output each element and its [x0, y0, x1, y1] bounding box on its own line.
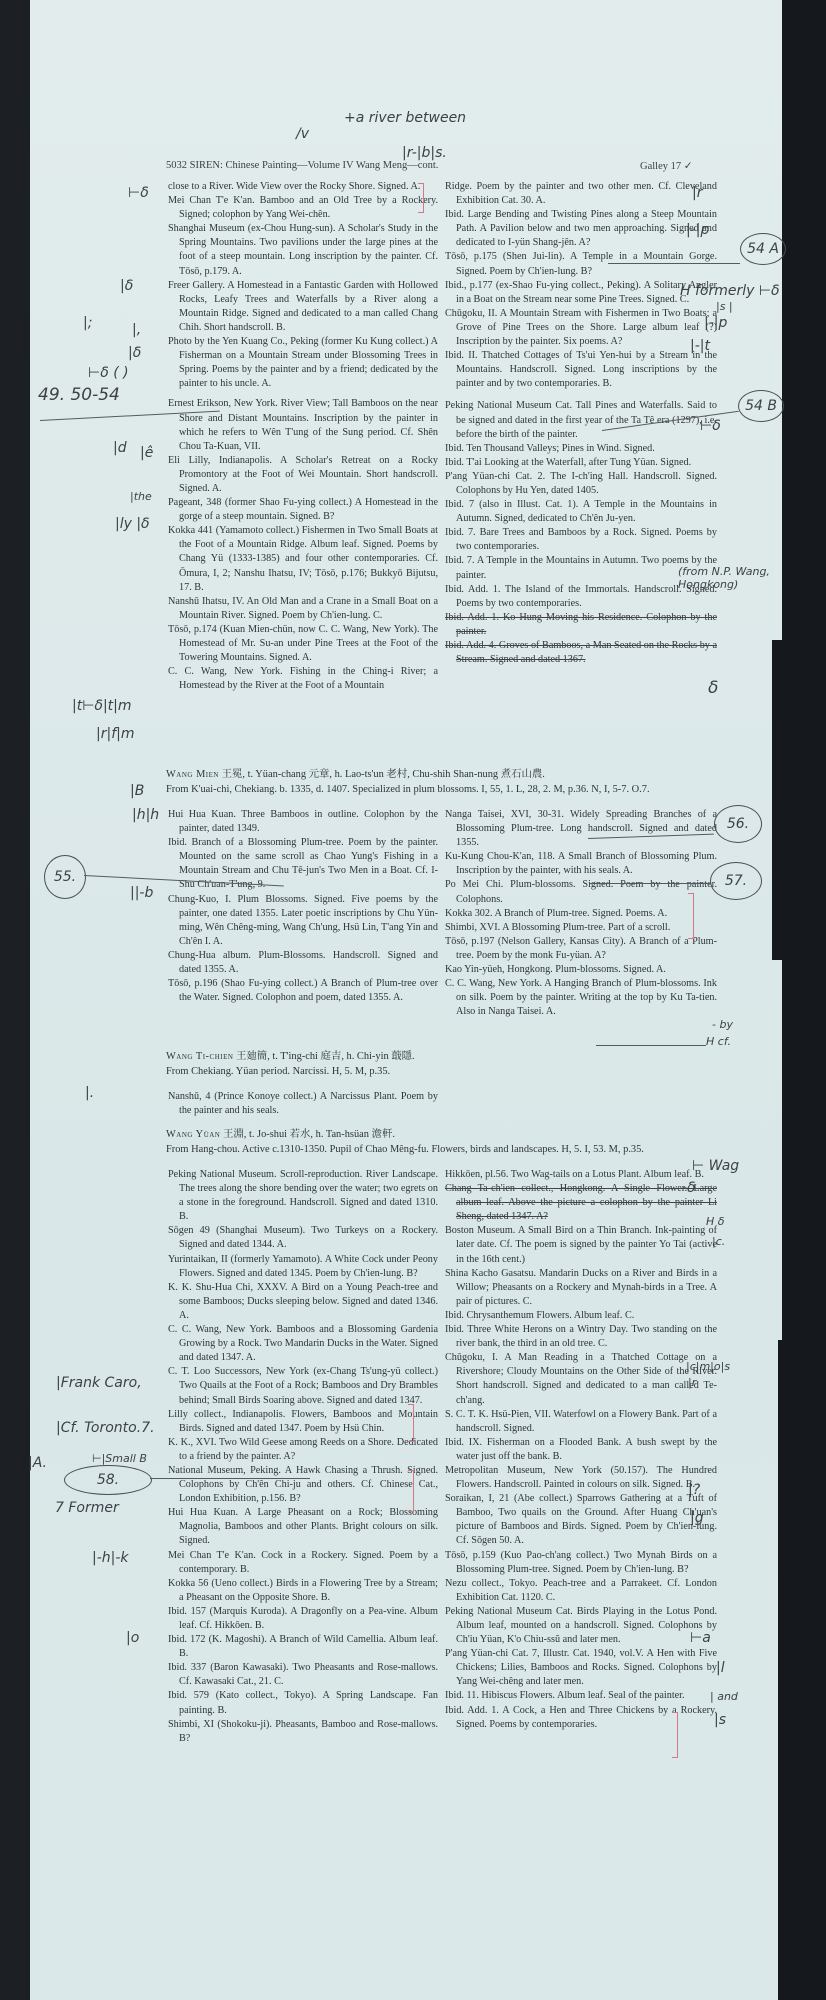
handwritten-mark: |l [716, 1660, 725, 1676]
handwritten-mark: |the [130, 490, 152, 503]
wang-yuan-left-column: Peking National Museum. Scroll-reproduct… [168, 1168, 438, 1746]
catalog-entry: Ibid. 7. A Temple in the Mountains in Au… [445, 554, 717, 582]
catalog-entry: Kokka 56 (Ueno collect.) Birds in a Flow… [168, 1577, 438, 1605]
catalog-entry: Chūgoku, I. A Man Reading in a Thatched … [445, 1351, 717, 1407]
catalog-entry: Shanghai Museum (ex-Chou Hung-sun). A Sc… [168, 222, 438, 278]
catalog-entry: Shimbi, XI (Shokoku-ji). Pheasants, Bamb… [168, 1718, 438, 1746]
catalog-entry: Ibid. Ten Thousand Valleys; Pines in Win… [445, 442, 717, 456]
handwritten-mark: | and [710, 1690, 738, 1703]
artist-name: Wang Mien [166, 769, 219, 780]
deleted-catalog-entry: Ibid. Add. 4. Groves of Bamboos, a Man S… [445, 639, 717, 667]
red-bracket-mark [672, 1712, 678, 1758]
handwritten-mark: |? [688, 1482, 700, 1498]
catalog-entry: Ibid. Large Bending and Twisting Pines a… [445, 208, 717, 250]
handwritten-mark: |g [690, 1510, 704, 1526]
catalog-entry: Hikkōen, pl.56. Two Wag-tails on a Lotus… [445, 1168, 717, 1182]
leader-line [596, 1045, 706, 1046]
wang-mien-left-column: Hui Hua Kuan. Three Bamboos in outline. … [168, 808, 438, 1005]
artist-name: Wang Yüan [166, 1129, 220, 1140]
handwritten-mark: ⊢δ [128, 185, 149, 201]
catalog-entry: Kao Yin-yüeh, Hongkong. Plum-blossoms. S… [445, 963, 717, 977]
handwritten-mark: |B [130, 783, 144, 799]
catalog-entry: Kokka 302. A Branch of Plum-tree. Signed… [445, 907, 717, 921]
catalog-entry: Peking National Museum Cat. Birds Playin… [445, 1605, 717, 1647]
scan-border-left [0, 0, 30, 2000]
handwritten-mark: |o [126, 1630, 139, 1646]
catalog-entry: Boston Museum. A Small Bird on a Thin Br… [445, 1224, 717, 1266]
handwritten-insertion: |Cf. Toronto.7. [56, 1420, 155, 1436]
circled-plate-number: 55. [44, 855, 86, 899]
catalog-entry: Tōsō, p.175 (Shen Jui-lin). A Temple in … [445, 250, 717, 278]
handwritten-mark: /v [296, 126, 309, 142]
catalog-entry: Shina Kacho Gasatsu. Mandarin Ducks on a… [445, 1267, 717, 1309]
catalog-entry: Mei Chan T'e K'an. Cock in a Rockery. Si… [168, 1549, 438, 1577]
catalog-entry: Tōsō, p.197 (Nelson Gallery, Kansas City… [445, 935, 717, 963]
handwritten-mark: |-h|-k [92, 1550, 129, 1566]
catalog-entry: Metropolitan Museum, New York (50.157). … [445, 1464, 717, 1492]
wang-mien-right-column: Nanga Taisei, XVI, 30-31. Widely Spreadi… [445, 808, 717, 1019]
catalog-entry: Ibid. Three White Herons on a Wintry Day… [445, 1323, 717, 1351]
catalog-entry: Lilly collect., Indianapolis. Flowers, B… [168, 1408, 438, 1436]
leader-line [608, 263, 740, 264]
artist-biography: From Chekiang. Yüan period. Narcissi. H,… [166, 1064, 726, 1079]
circled-plate-number: 58. [64, 1465, 152, 1495]
sheet-torn-edge [772, 640, 786, 960]
deleted-catalog-entry: Ibid. Add. 1. Ko Hung Moving his Residen… [445, 611, 717, 639]
deleted-catalog-entry: Chang Ta-ch'ien collect., Hongkong. A Si… [445, 1182, 717, 1224]
catalog-entry: Nanga Taisei, XVI, 30-31. Widely Spreadi… [445, 808, 717, 850]
handwritten-mark: |s | [716, 300, 733, 313]
catalog-entry: Tōsō, p.174 (Kuan Mien-chün, now C. C. W… [168, 623, 438, 665]
wang-meng-right-column: Ridge. Poem by the painter and two other… [445, 180, 717, 667]
catalog-entry: Ibid., p.177 (ex-Shao Fu-ying collect., … [445, 279, 717, 307]
handwritten-mark: |c. [712, 1235, 725, 1248]
catalog-entry: Ibid. 579 (Kato collect., Tokyo). A Spri… [168, 1689, 438, 1717]
red-bracket-mark [408, 1470, 414, 1512]
catalog-entry: Nanshū Ihatsu, IV. An Old Man and a Cran… [168, 595, 438, 623]
artist-names-chinese: 王淵, t. Jo-shui 若水, h. Tan-hsüan 澹軒. [223, 1129, 395, 1140]
artist-biography: From K'uai-chi, Chekiang. b. 1335, d. 14… [166, 782, 726, 797]
catalog-entry: Chung-Kuo, I. Plum Blossoms. Signed. Fiv… [168, 893, 438, 949]
handwritten-mark: H δ [706, 1215, 725, 1228]
handwritten-insertion: |Frank Caro, [56, 1375, 142, 1391]
handwritten-mark: ||-b [130, 885, 153, 901]
catalog-entry: Photo by the Yen Kuang Co., Peking (form… [168, 335, 438, 391]
catalog-entry: Shimbi, XVI. A Blossoming Plum-tree. Par… [445, 921, 717, 935]
catalog-entry: Peking National Museum. Scroll-reproduct… [168, 1168, 438, 1224]
catalog-entry: K. K., XVI. Two Wild Geese among Reeds o… [168, 1436, 438, 1464]
handwritten-mark: |, [132, 322, 141, 338]
catalog-entry: Ibid. IX. Fisherman on a Flooded Bank. A… [445, 1436, 717, 1464]
catalog-entry: Ibid. Branch of a Blossoming Plum-tree. … [168, 836, 438, 892]
catalog-entry: P'ang Yüan-chi Cat. 7, Illustr. Cat. 194… [445, 1647, 717, 1689]
catalog-entry: Soraikan, I, 21 (Abe collect.) Sparrows … [445, 1492, 717, 1548]
handwritten-mark: |δ [128, 345, 141, 361]
handwritten-insertion: (from N.P. Wang, Hongkong) [678, 565, 778, 591]
red-bracket-mark [418, 183, 424, 213]
red-bracket-mark [408, 1404, 414, 1442]
handwritten-mark: |δ [120, 278, 133, 294]
catalog-entry: National Museum, Peking. A Hawk Chasing … [168, 1464, 438, 1506]
handwritten-mark: - by [712, 1018, 733, 1031]
catalog-entry: P'ang Yüan-chi Cat. 2. The I-ch'ing Hall… [445, 470, 717, 498]
handwritten-insertion: +a river between [344, 110, 466, 126]
artist-heading-wang-mien: Wang Mien 王冕, t. Yüan-chang 元章, h. Lao-t… [166, 767, 726, 797]
leader-line [150, 1478, 310, 1479]
catalog-entry: Ernest Erikson, New York. River View; Ta… [168, 397, 438, 453]
catalog-entry: C. C. Wang, New York. Bamboos and a Blos… [168, 1323, 438, 1365]
handwritten-mark: H cf. [706, 1035, 731, 1048]
catalog-entry: C. T. Loo Successors, New York (ex-Chang… [168, 1365, 438, 1407]
handwritten-mark: |A. [28, 1455, 47, 1471]
handwritten-insertion: ⊢|Small B [92, 1452, 147, 1465]
catalog-entry: C. C. Wang, New York. Fishing in the Chi… [168, 665, 438, 693]
handwritten-mark: |; [83, 315, 92, 331]
catalog-entry: Chūgoku, II. A Mountain Stream with Fish… [445, 307, 717, 349]
handwritten-insertion: H formerly ⊢δ [680, 283, 780, 299]
catalog-entry: Eli Lilly, Indianapolis. A Scholar's Ret… [168, 454, 438, 496]
catalog-entry: Ibid. 157 (Marquis Kuroda). A Dragonfly … [168, 1605, 438, 1633]
artist-heading-wang-ti-chien: Wang Ti-chien 王廸簡, t. T'ing-chi 庭吉, h. C… [166, 1049, 726, 1079]
catalog-entry: Ibid. T'ai Looking at the Waterfall, aft… [445, 456, 717, 470]
handwritten-mark: -δ [682, 1180, 696, 1196]
handwritten-mark: |r [688, 1376, 696, 1389]
handwritten-mark: |r|f|m [96, 726, 134, 742]
catalog-entry: C. C. Wang, New York. A Hanging Branch o… [445, 977, 717, 1019]
catalog-entry: Freer Gallery. A Homestead in a Fantasti… [168, 279, 438, 335]
catalog-entry: Tōsō, p.196 (Shao Fu-ying collect.) A Br… [168, 977, 438, 1005]
artist-name: Wang Ti-chien [166, 1051, 233, 1062]
circled-plate-number: 54 A [740, 233, 786, 265]
wang-ti-chien-column: Nanshū, 4 (Prince Konoye collect.) A Nar… [168, 1090, 438, 1118]
catalog-entry: Pageant, 348 (former Shao Fu-ying collec… [168, 496, 438, 524]
circled-plate-number: 54 B [738, 390, 784, 422]
catalog-entry: Chung-Hua album. Plum-Blossoms. Handscro… [168, 949, 438, 977]
handwritten-mark: |r-|b|s. [402, 145, 447, 161]
handwritten-insertion: 7 Former [55, 1500, 119, 1516]
handwritten-mark: |ly |δ [115, 516, 150, 532]
artist-names-chinese: 王冕, t. Yüan-chang 元章, h. Lao-ts'un 老村, C… [222, 769, 545, 780]
handwritten-mark: |-|p [704, 315, 727, 331]
catalog-entry: Yurintaikan, II (formerly Yamamoto). A W… [168, 1253, 438, 1281]
handwritten-insertion: ⊢ Wag [692, 1158, 739, 1174]
catalog-entry: Sōgen 49 (Shanghai Museum). Two Turkeys … [168, 1224, 438, 1252]
handwritten-mark: |h|h [132, 807, 159, 823]
sheet-torn-edge [778, 1340, 788, 2000]
artist-names-chinese: 王廸簡, t. T'ing-chi 庭吉, h. Chi-yin 蕺隱. [236, 1051, 415, 1062]
catalog-entry: Ibid. 11. Hibiscus Flowers. Album leaf. … [445, 1689, 717, 1703]
wang-yuan-right-column: Hikkōen, pl.56. Two Wag-tails on a Lotus… [445, 1168, 717, 1732]
handwritten-mark: ⊢a [690, 1630, 711, 1646]
catalog-entry: Tōsō, p.159 (Kuo Pao-ch'ang collect.) Tw… [445, 1549, 717, 1577]
leader-line [590, 883, 710, 884]
handwritten-mark: ⊢δ ( ) [88, 365, 129, 381]
catalog-entry: Ridge. Poem by the painter and two other… [445, 180, 717, 208]
catalog-entry: Ibid. 337 (Baron Kawasaki). Two Pheasant… [168, 1661, 438, 1689]
circled-plate-number: 57. [710, 862, 762, 900]
catalog-entry: Ibid. Add. 1. The Island of the Immortal… [445, 583, 717, 611]
scan-border-right [782, 0, 826, 2000]
artist-heading-wang-yuan: Wang Yüan 王淵, t. Jo-shui 若水, h. Tan-hsüa… [166, 1127, 726, 1157]
handwritten-plate-numbers: 49. 50-54 [38, 385, 120, 405]
handwritten-mark: |. [85, 1085, 94, 1101]
catalog-entry: Ibid. 7. Bare Trees and Bamboos by a Roc… [445, 526, 717, 554]
red-bracket-mark [688, 893, 694, 939]
catalog-entry: S. C. T. K. Hsü-Pien, VII. Waterfowl on … [445, 1408, 717, 1436]
page-header: 5032 SIREN: Chinese Painting—Volume IV W… [0, 160, 826, 176]
handwritten-mark: ⊢δ [700, 418, 721, 434]
handwritten-mark: |c|m|o|s [686, 1360, 730, 1373]
running-head: 5032 SIREN: Chinese Painting—Volume IV W… [166, 160, 438, 171]
catalog-entry: Kokka 441 (Yamamoto collect.) Fishermen … [168, 524, 438, 594]
catalog-entry: Hui Hua Kuan. A Large Pheasant on a Rock… [168, 1506, 438, 1548]
catalog-entry: K. K. Shu-Hua Chi, XXXV. A Bird on a You… [168, 1281, 438, 1323]
handwritten-mark: |-|p [686, 222, 709, 238]
catalog-entry: Nezu collect., Tokyo. Peach-tree and a P… [445, 1577, 717, 1605]
handwritten-mark: δ [708, 678, 718, 698]
wang-meng-left-column: close to a River. Wide View over the Roc… [168, 180, 438, 693]
artist-biography: From Hang-chou. Active c.1310-1350. Pupi… [166, 1142, 726, 1157]
catalog-entry: Ibid. Chrysanthemum Flowers. Album leaf.… [445, 1309, 717, 1323]
catalog-entry: Ibid. 7 (also in Illust. Cat. 1). A Temp… [445, 498, 717, 526]
handwritten-mark: |d [113, 440, 127, 456]
catalog-entry: Ku-Kung Chou-K'an, 118. A Small Branch o… [445, 850, 717, 878]
handwritten-mark: |s [714, 1712, 726, 1728]
catalog-entry: close to a River. Wide View over the Roc… [168, 180, 438, 194]
catalog-entry: Ibid. 172 (K. Magoshi). A Branch of Wild… [168, 1633, 438, 1661]
handwritten-mark: |-|t [690, 338, 710, 354]
handwritten-mark: |ê [140, 445, 153, 461]
circled-plate-number: 56. [714, 805, 762, 843]
galley-number: Galley 17 ✓ [640, 160, 693, 172]
catalog-entry: Hui Hua Kuan. Three Bamboos in outline. … [168, 808, 438, 836]
catalog-entry: Nanshū, 4 (Prince Konoye collect.) A Nar… [168, 1090, 438, 1118]
handwritten-mark: |r [692, 185, 702, 201]
handwritten-mark: |t⊢δ|t|m [72, 698, 132, 714]
catalog-entry: Ibid. II. Thatched Cottages of Ts'ui Yen… [445, 349, 717, 391]
catalog-entry: Mei Chan T'e K'an. Bamboo and an Old Tre… [168, 194, 438, 222]
